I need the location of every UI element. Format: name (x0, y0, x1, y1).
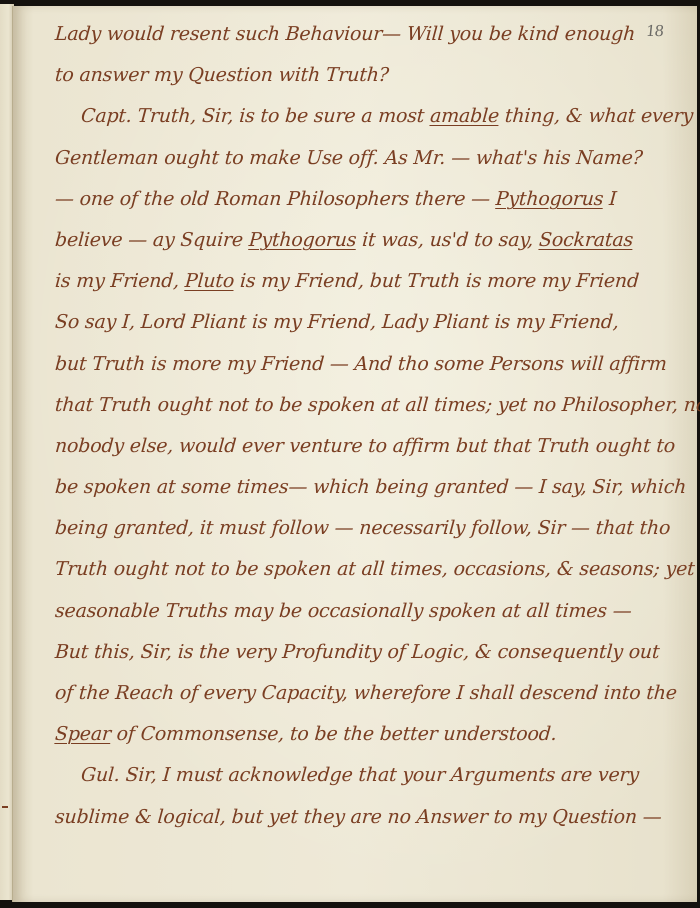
manuscript-line: to answer my Question with Truth? (54, 55, 697, 96)
underlined-word: Spear (54, 723, 111, 745)
line-text: So say I, Lord Pliant is my Friend, Lady… (54, 311, 619, 333)
manuscript-line: is my Friend, Pluto is my Friend, but Tr… (54, 261, 697, 302)
line-text: Truth ought not to be spoken at all time… (54, 558, 695, 580)
manuscript-line: Lady would resent such Behaviour— Will y… (54, 14, 697, 55)
line-text: But this, Sir, is the very Profundity of… (54, 641, 660, 663)
line-text: — one of the old Roman Philosophers ther… (54, 188, 496, 210)
line-text: of Commonsense, to be the better underst… (110, 723, 557, 745)
underlined-word: Pluto (184, 270, 235, 292)
underlined-word: Sockratas (538, 229, 633, 251)
line-text: be spoken at some times— which being gra… (54, 476, 687, 498)
manuscript-line: Gul. Sir, I must acknowledge that your A… (54, 755, 697, 796)
line-text: to answer my Question with Truth? (54, 64, 389, 86)
line-text: Lady would resent such Behaviour— Will y… (54, 23, 636, 45)
manuscript-page: 18 Lady would resent such Behaviour— Wil… (12, 6, 697, 902)
line-text: sublime & logical, but yet they are no A… (54, 806, 662, 828)
manuscript-line: believe — ay Squire Pythogorus it was, u… (54, 220, 697, 261)
line-text: is my Friend, but Truth is more my Frien… (233, 270, 639, 292)
manuscript-line: But this, Sir, is the very Profundity of… (54, 632, 697, 673)
underlined-word: Pythogorus (248, 229, 357, 251)
line-text: believe — ay Squire (54, 229, 249, 251)
manuscript-line: Truth ought not to be spoken at all time… (54, 549, 697, 590)
manuscript-line: So say I, Lord Pliant is my Friend, Lady… (54, 302, 697, 343)
line-text: seasonable Truths may be occasionally sp… (54, 600, 632, 622)
manuscript-line: but Truth is more my Friend — And tho so… (54, 344, 697, 385)
line-text: is my Friend, (54, 270, 185, 292)
manuscript-text: Lady would resent such Behaviour— Will y… (55, 14, 695, 838)
line-text: Gul. Sir, I must acknowledge that your A… (80, 764, 639, 786)
manuscript-line: that Truth ought not to be spoken at all… (54, 385, 697, 426)
manuscript-line: of the Reach of every Capacity, wherefor… (54, 673, 697, 714)
manuscript-line: Gentleman ought to make Use off. As Mr. … (54, 138, 697, 179)
manuscript-line: being granted, it must follow — necessar… (54, 508, 697, 549)
underlined-word: Pythogorus (495, 188, 604, 210)
line-text: Capt. Truth, Sir, is to be sure a most (80, 105, 431, 127)
line-text: being granted, it must follow — necessar… (54, 517, 671, 539)
line-text: nobody else, would ever venture to affir… (54, 435, 676, 457)
line-text: of the Reach of every Capacity, wherefor… (54, 682, 677, 704)
manuscript-line: be spoken at some times— which being gra… (54, 467, 697, 508)
line-text: I (603, 188, 618, 210)
line-text: Gentleman ought to make Use off. As Mr. … (54, 147, 643, 169)
underlined-word: amable (429, 105, 500, 127)
margin-ink-mark (2, 806, 8, 808)
line-text: that Truth ought not to be spoken at all… (54, 394, 700, 416)
manuscript-line: Spear of Commonsense, to be the better u… (54, 714, 697, 755)
manuscript-line: Capt. Truth, Sir, is to be sure a most a… (54, 96, 697, 137)
scan-background: 18 Lady would resent such Behaviour— Wil… (0, 0, 700, 908)
manuscript-line: seasonable Truths may be occasionally sp… (54, 591, 697, 632)
line-text: but Truth is more my Friend — And tho so… (54, 353, 667, 375)
manuscript-line: nobody else, would ever venture to affir… (54, 426, 697, 467)
line-text: thing, & what every (498, 105, 694, 127)
manuscript-line: — one of the old Roman Philosophers ther… (54, 179, 697, 220)
manuscript-line: sublime & logical, but yet they are no A… (54, 797, 697, 838)
line-text: it was, us'd to say, (356, 229, 540, 251)
